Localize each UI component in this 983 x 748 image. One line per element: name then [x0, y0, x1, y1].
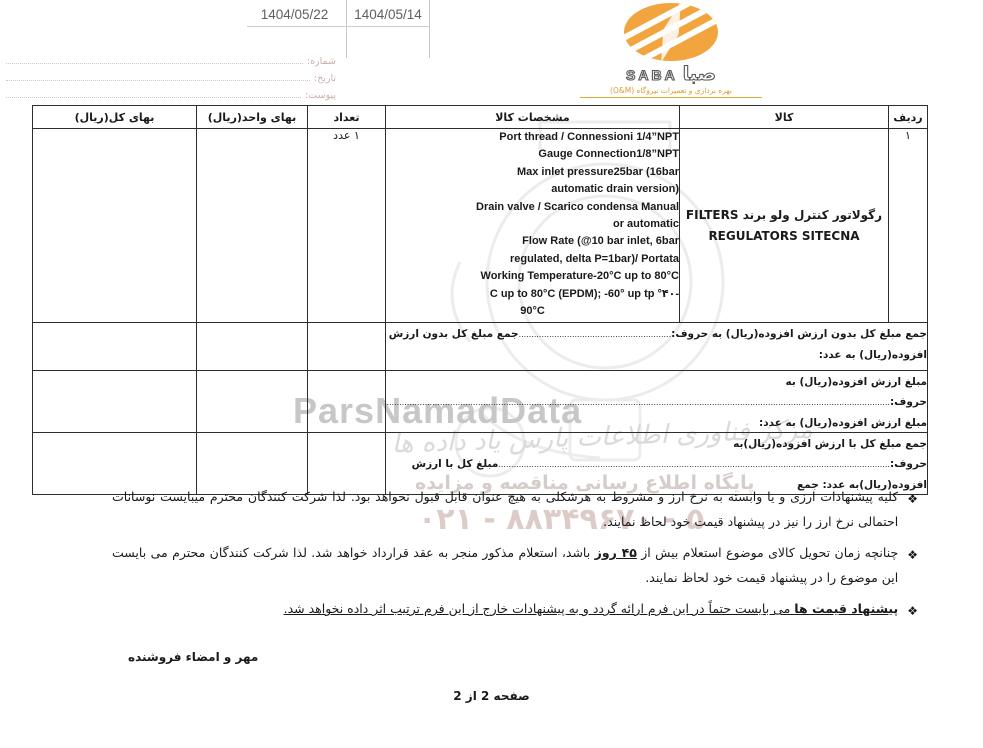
saba-globe-icon [621, 2, 721, 62]
empty-cell [308, 371, 386, 433]
note-delivery-terms: ❖ چنانچه زمان تحویل کالای موضوع استعلام … [112, 540, 918, 590]
summary-row-vat-amount: مبلغ ارزش افزوده(ریال) به حروف:.........… [33, 371, 928, 433]
item-total-price-cell [33, 129, 197, 323]
date-cell-1: 1404/05/22 [243, 0, 346, 58]
item-specs-cell: Port thread / Connessioni 1/4”NPT Gauge … [386, 129, 680, 323]
col-header-unit-price: بهای واحد(ریال) [197, 106, 308, 129]
dotted-leader [6, 97, 301, 98]
col-header-item: کالا [680, 106, 889, 129]
note-text: پیشنهاد قیمت ها می بایست حتماً در این فر… [112, 596, 898, 624]
note-text-lead: پیشنهاد قیمت ها [794, 601, 898, 616]
date-label: تاریخ: [310, 73, 336, 84]
item-specs-last-line: 90°C [386, 303, 679, 320]
summary-row-total-without-vat: جمع مبلغ کل بدون ارزش افزوده(ریال) به حر… [33, 323, 928, 371]
terms-notes: ❖ کلیه پیشنهادات ارزی و یا وابسته به نرخ… [112, 484, 918, 630]
note-form-requirement: ❖ پیشنهاد قیمت ها می بایست حتماً در این … [112, 596, 918, 624]
dotted-fill: ........................................… [498, 460, 890, 469]
item-unit-price-cell [197, 129, 308, 323]
col-header-row-no: ردیف [889, 106, 928, 129]
logo-tagline: بهره برداری و تعمیرات نیروگاه (O&M) [580, 86, 762, 98]
brand-latin-text: SABA [626, 67, 678, 83]
dotted-leader [6, 80, 310, 81]
note-text: کلیه پیشنهادات ارزی و یا وابسته به نرخ ا… [112, 484, 898, 534]
note-currency-terms: ❖ کلیه پیشنهادات ارزی و یا وابسته به نرخ… [112, 484, 918, 534]
date-cells-divider [247, 26, 430, 27]
item-row-no: ۱ [889, 129, 928, 323]
diamond-bullet-icon: ❖ [907, 484, 918, 534]
item-qty-cell: ۱ عدد [308, 129, 386, 323]
item-specs-text: Port thread / Connessioni 1/4”NPT Gauge … [386, 129, 679, 303]
empty-cell [308, 323, 386, 371]
empty-cell [33, 323, 197, 371]
brand-farsi-text: صبا [683, 63, 716, 85]
item-row: ۱ رگولاتور کنترل ولو برند FILTERS REGULA… [33, 129, 928, 323]
diamond-bullet-icon: ❖ [907, 540, 918, 590]
dotted-fill: ........................................… [519, 330, 672, 339]
summary-text-cell: جمع مبلغ کل بدون ارزش افزوده(ریال) به حر… [386, 323, 928, 371]
attachment-label: پیوست: [301, 90, 336, 101]
brand-row: صبا SABA [580, 63, 762, 85]
note-text-pre: چنانچه زمان تحویل کالای موضوع استعلام بی… [637, 545, 898, 560]
item-name-cell: رگولاتور کنترل ولو برند FILTERS REGULATO… [680, 129, 889, 323]
note-text: چنانچه زمان تحویل کالای موضوع استعلام بی… [112, 540, 898, 590]
dotted-leader [6, 63, 303, 64]
summary-label-number: مبلغ ارزش افزوده(ریال) به عدد: [759, 417, 927, 429]
form-label-date: تاریخ: [6, 67, 336, 84]
note-text-rest: می بایست حتماً در این فرم ارائه گردد و ب… [284, 601, 795, 616]
saba-logo: صبا SABA بهره برداری و تعمیرات نیروگاه (… [580, 2, 762, 98]
col-header-qty: تعداد [308, 106, 386, 129]
empty-cell [197, 323, 308, 371]
summary-text-cell: مبلغ ارزش افزوده(ریال) به حروف:.........… [386, 371, 928, 433]
col-header-specs: مشخصات کالا [386, 106, 680, 129]
table-header-row: ردیف کالا مشخصات کالا تعداد بهای واحد(ری… [33, 106, 928, 129]
note-text-underlined: ۴۵ روز [595, 545, 637, 560]
date-cell-2: 1404/05/14 [346, 0, 430, 58]
diamond-bullet-icon: ❖ [907, 596, 918, 624]
col-header-total-price: بهای کل(ریال) [33, 106, 197, 129]
quotation-table: ردیف کالا مشخصات کالا تعداد بهای واحد(ری… [32, 105, 928, 495]
header-date-cells: 1404/05/22 1404/05/14 [243, 0, 430, 58]
dotted-fill: ........................................… [386, 398, 890, 407]
summary-label-words: جمع مبلغ کل بدون ارزش افزوده(ریال) به حر… [671, 328, 927, 340]
form-label-attachment: پیوست: [6, 84, 336, 101]
page-number: صفحه 2 از 2 [0, 689, 983, 703]
empty-cell [197, 371, 308, 433]
seller-signature-label: مهر و امضاء فروشنده [128, 650, 258, 664]
empty-cell [33, 371, 197, 433]
quotation-document-page: ParsNamadData مرکز فناوری اطلاعات پارس ی… [0, 0, 983, 748]
